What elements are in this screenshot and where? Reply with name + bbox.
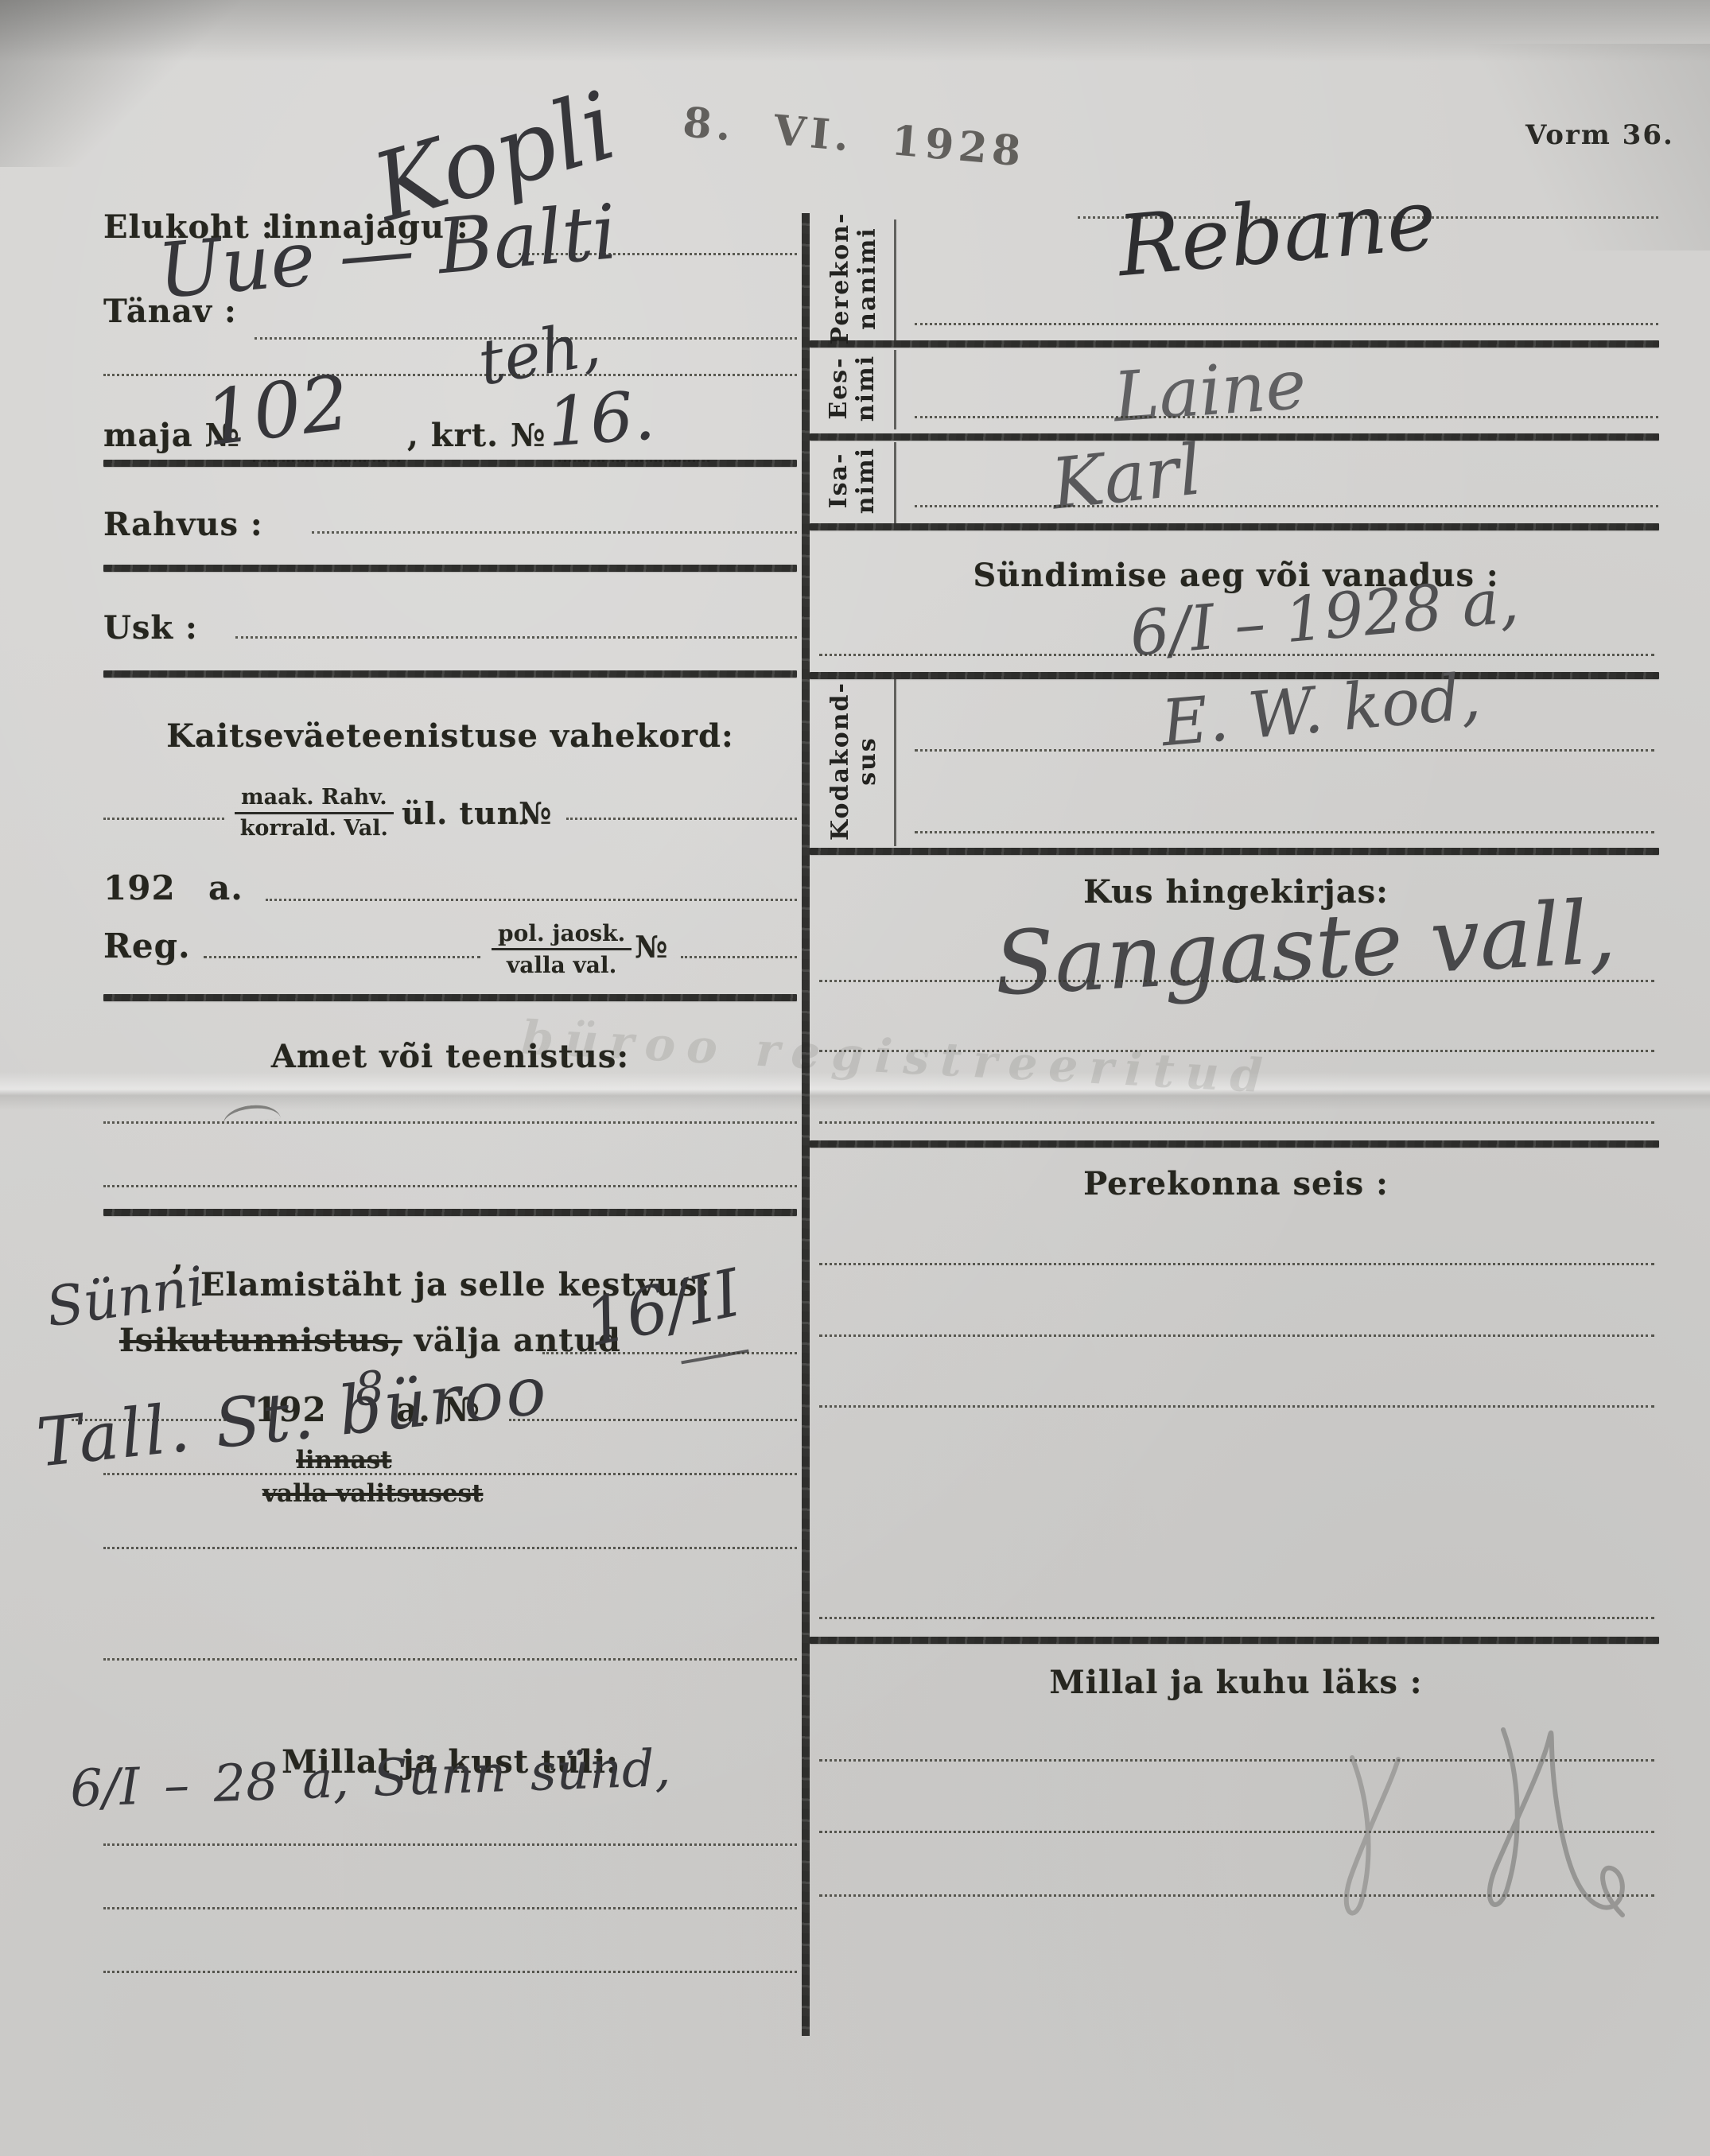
firstname-dotted-line bbox=[915, 416, 1658, 418]
reg-fraction-bottom: valla val. bbox=[492, 950, 632, 977]
nationality-label: Rahvus : bbox=[103, 506, 263, 543]
patronymic-handwritten-value: Karl bbox=[1047, 428, 1205, 525]
house-number-handwritten-value: 102 bbox=[200, 359, 354, 463]
rule-thick bbox=[810, 433, 1659, 441]
birthdate-heading: Sündimise aeg või vanadus : bbox=[811, 557, 1661, 594]
label-column-rule bbox=[894, 679, 896, 846]
label-column-rule bbox=[894, 219, 896, 340]
nationality-dotted-line bbox=[312, 531, 797, 534]
military-fraction: maak. Rahv. korrald. Val. bbox=[235, 786, 394, 841]
family-dotted-line-1 bbox=[819, 1263, 1654, 1265]
occupation-dotted-line-2 bbox=[103, 1185, 797, 1187]
family-dotted-line-4 bbox=[819, 1617, 1654, 1619]
rule-thick bbox=[103, 670, 797, 678]
certificate-no-sign: № bbox=[519, 795, 552, 831]
occupation-heading: Amet või teenistus: bbox=[103, 1038, 797, 1075]
firstname-handwritten-value: Laine bbox=[1111, 345, 1309, 438]
left-dotted-line-b bbox=[103, 1658, 797, 1661]
reg-dotted-line-right bbox=[681, 956, 797, 958]
from-city-struck-label: linnast bbox=[296, 1446, 392, 1474]
surname-label-line2: nanimi bbox=[854, 227, 881, 330]
rule-thick bbox=[810, 672, 1659, 679]
citizenship-dotted-line-2 bbox=[915, 831, 1654, 833]
reg-fraction: pol. jaosk. valla val. bbox=[492, 921, 632, 978]
citizenship-label-line2: sus bbox=[854, 736, 881, 786]
scanned-form-page: 8. VI. 1928 Vorm 36. büroo registreeritu… bbox=[0, 0, 1710, 2156]
surname-label-line1: Perekon- bbox=[827, 212, 854, 345]
firstname-label-line1: Ees- bbox=[826, 356, 853, 419]
family-dotted-line-3 bbox=[819, 1405, 1654, 1408]
departure-heading: Millal ja kuhu läks : bbox=[811, 1664, 1661, 1701]
apartment-number-label: , krt. № bbox=[407, 417, 546, 454]
rule-thick bbox=[103, 994, 797, 1001]
family-status-heading: Perekonna seis : bbox=[811, 1165, 1661, 1202]
street-handwritten-value: Uue — Balti bbox=[154, 188, 620, 316]
issued-dotted-line-right bbox=[509, 1419, 797, 1421]
rule-thick bbox=[103, 565, 797, 572]
firstname-label-line2: nimi bbox=[853, 355, 880, 421]
birthdate-dotted-line bbox=[819, 654, 1654, 656]
arrival-dotted-line-3 bbox=[103, 1971, 797, 1973]
issuer-dotted-line bbox=[103, 1473, 797, 1475]
paper-crease-top-left bbox=[0, 0, 255, 167]
reg-dotted-line-left bbox=[204, 956, 480, 958]
military-dotted-line-right bbox=[566, 818, 797, 820]
id-card-label-struck: Isikutunnistus, bbox=[119, 1322, 402, 1359]
left-dotted-line-a bbox=[103, 1547, 797, 1549]
military-fraction-bottom: korrald. Val. bbox=[235, 814, 394, 841]
center-divider-rule bbox=[802, 213, 810, 2036]
label-column-rule bbox=[894, 442, 896, 523]
firstname-vertical-label: Ees- nimi bbox=[816, 344, 889, 433]
rule-thick bbox=[810, 1637, 1659, 1644]
rule-thick bbox=[810, 848, 1659, 855]
year-dotted-line bbox=[266, 899, 797, 901]
religion-dotted-line bbox=[235, 636, 797, 639]
surname-vertical-label: Perekon- nanimi bbox=[816, 215, 892, 342]
citizenship-dotted-line-1 bbox=[915, 749, 1654, 752]
arrival-dotted-line-2 bbox=[103, 1907, 797, 1909]
registry-dotted-line-2 bbox=[819, 1050, 1654, 1052]
issued-by-handwritten-value: Tall. St. büroo bbox=[33, 1351, 552, 1482]
label-column-rule bbox=[894, 350, 896, 429]
rule-thick bbox=[810, 340, 1659, 348]
patronymic-dotted-line bbox=[915, 505, 1658, 507]
religion-label: Usk : bbox=[103, 609, 198, 647]
reg-label: Reg. bbox=[103, 926, 191, 965]
date-stamp: 8. VI. 1928 bbox=[681, 98, 1028, 176]
military-service-heading: Kaitseväeteenistuse vahekord: bbox=[103, 717, 797, 755]
family-dotted-line-2 bbox=[819, 1334, 1654, 1337]
military-dotted-line-left bbox=[103, 818, 224, 820]
citizenship-vertical-label: Kodakond- sus bbox=[816, 676, 892, 846]
from-parish-struck-label: valla valitsusest bbox=[262, 1479, 483, 1508]
pencil-signature bbox=[1304, 1710, 1638, 1948]
registry-dotted-line-1 bbox=[819, 980, 1654, 982]
id-card-dotted-line bbox=[542, 1352, 797, 1354]
patronymic-vertical-label: Isa- nimi bbox=[816, 436, 889, 525]
rule-thick bbox=[810, 523, 1659, 530]
military-fraction-top: maak. Rahv. bbox=[235, 786, 394, 814]
reg-fraction-top: pol. jaosk. bbox=[492, 921, 632, 950]
form-number: Vorm 36. bbox=[1525, 119, 1674, 151]
paper-crease-top bbox=[0, 0, 1710, 62]
rule-thick bbox=[103, 1209, 797, 1216]
rule-thick bbox=[103, 460, 797, 467]
citizenship-label-line1: Kodakond- bbox=[827, 682, 854, 841]
surname-handwritten-value: Rebane bbox=[1113, 171, 1440, 295]
reg-no-sign: № bbox=[635, 929, 668, 965]
certificate-label: ül. tun. bbox=[402, 795, 531, 831]
year-suffix: a. bbox=[208, 868, 243, 907]
surname-dotted-line bbox=[915, 323, 1658, 325]
year-label: 192 bbox=[103, 868, 176, 907]
arrival-dotted-line-1 bbox=[103, 1843, 797, 1846]
patronymic-label-line2: nimi bbox=[853, 447, 880, 514]
registry-dotted-line-3 bbox=[819, 1121, 1654, 1124]
apartment-number-handwritten-value: 16. bbox=[545, 376, 658, 462]
rule-thick bbox=[810, 1140, 1659, 1148]
permit-mark: ’ bbox=[171, 1258, 184, 1299]
patronymic-label-line1: Isa- bbox=[826, 453, 853, 509]
occupation-dotted-line-1 bbox=[103, 1121, 797, 1124]
